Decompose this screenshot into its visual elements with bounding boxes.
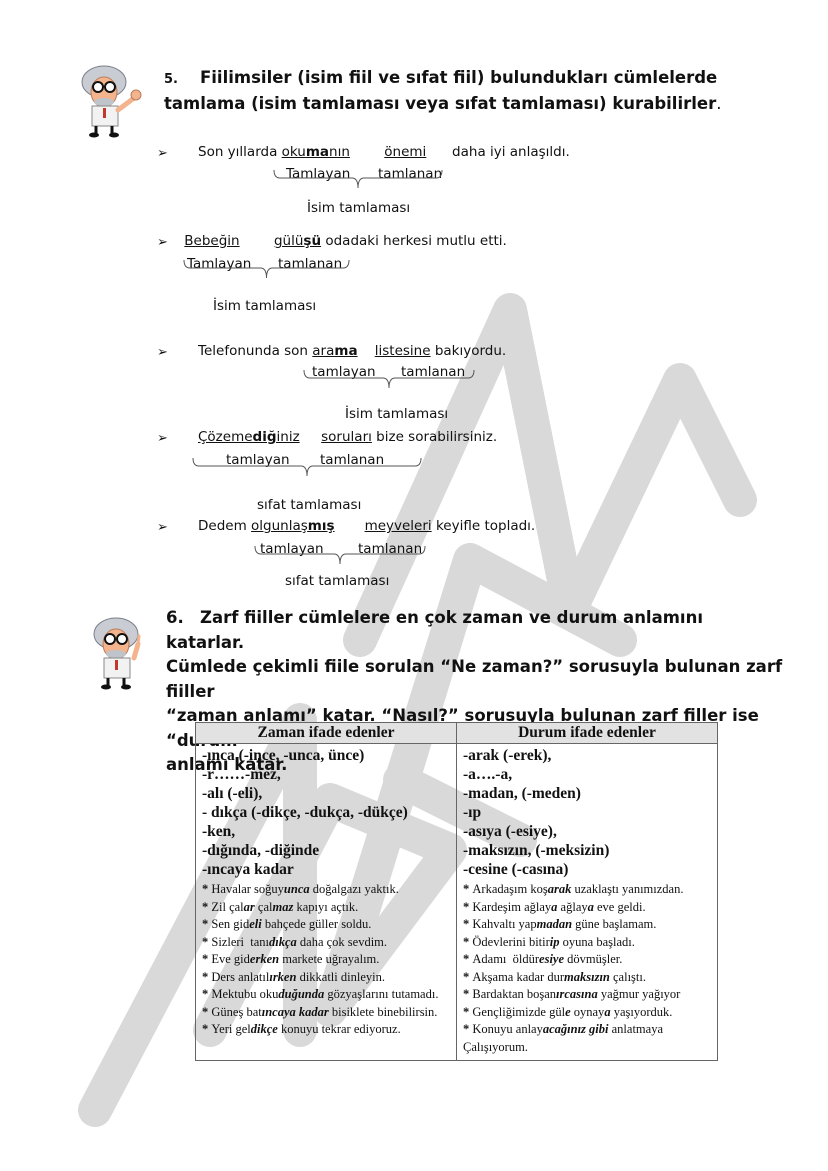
section-6-number: 6.	[166, 606, 200, 631]
suffix-item: - dıkça (-dikçe, -dukça, -dükçe)	[202, 803, 450, 822]
example-sentence: Çözemediğiniz soruları bize sorabilirsin…	[198, 429, 497, 445]
bullet-arrow-icon: ➢	[157, 234, 168, 250]
suffix-item: -asıya (-esiye),	[463, 822, 711, 841]
suffix-item: -ıncaya kadar	[202, 860, 450, 879]
example-item: * Konuyu anlayacağınız gibi anlatmaya Ça…	[463, 1021, 711, 1056]
example-sentence: Bebeğin gülüşü odadaki herkesi mutlu ett…	[180, 233, 507, 249]
example-item: * Güneş batıncaya kadar bisiklete binebi…	[202, 1004, 450, 1022]
example-item: * Sizleri tanıdıkça daha çok sevdim.	[202, 934, 450, 952]
header-zaman: Zaman ifade edenler	[196, 723, 457, 744]
suffix-item: -cesine (-casına)	[463, 860, 711, 879]
example-item: * Kahvaltı yapmadan güne başlamam.	[463, 916, 711, 934]
bullet-arrow-icon: ➢	[157, 430, 168, 446]
brace-icon	[191, 456, 423, 478]
bullet-arrow-icon: ➢	[157, 344, 168, 360]
example-sentence: Son yıllarda okumanın önemi daha iyi anl…	[198, 144, 570, 160]
zaman-column: -ınca (-ince, -unca, ünce)-r……-mez,-alı …	[196, 744, 457, 1061]
durum-column: -arak (-erek),-a….-a,-madan, (-meden)-ıp…	[457, 744, 718, 1061]
example-item: * Kardeşim ağlaya ağlaya eve geldi.	[463, 899, 711, 917]
example-item: * Ödevlerini bitirip oyuna başladı.	[463, 934, 711, 952]
example-item: * Akşama kadar durmaksızın çalıştı.	[463, 969, 711, 987]
bullet-arrow-icon: ➢	[157, 519, 168, 535]
brace-icon	[272, 168, 444, 190]
example-item: * Sen gideli bahçede güller soldu.	[202, 916, 450, 934]
example-sentence: Telefonunda son arama listesine bakıyord…	[198, 343, 506, 359]
suffix-item: -arak (-erek),	[463, 746, 711, 765]
section-5-heading: 5.Fiilimsiler (isim fiil ve sıfat fiil) …	[164, 66, 774, 116]
suffix-item: -madan, (-meden)	[463, 784, 711, 803]
suffix-item: -alı (-eli),	[202, 784, 450, 803]
tamlama-type-label: İsim tamlaması	[345, 406, 448, 422]
suffix-item: -dığında, -diğinde	[202, 841, 450, 860]
section-5-number: 5.	[164, 68, 200, 92]
brace-icon	[253, 544, 427, 566]
example-item: * Eve giderken markete uğrayalım.	[202, 951, 450, 969]
example-item: * Gençliğimizde güle oynaya yaşıyorduk.	[463, 1004, 711, 1022]
suffix-item: -a….-a,	[463, 765, 711, 784]
suffix-item: -ınca (-ince, -unca, ünce)	[202, 746, 450, 765]
suffix-item: -ken,	[202, 822, 450, 841]
example-item: * Adamı öldüresiye dövmüşler.	[463, 951, 711, 969]
header-durum: Durum ifade edenler	[457, 723, 718, 744]
tamlama-type-label: sıfat tamlaması	[257, 497, 361, 513]
professor-pointing-icon	[86, 610, 166, 695]
example-sentence: Dedem olgunlaşmış meyveleri keyifle topl…	[198, 518, 535, 534]
example-item: * Bardaktan boşanırcasına yağmur yağıyor	[463, 986, 711, 1004]
suffix-item: -r……-mez,	[202, 765, 450, 784]
example-item: * Havalar soğuyunca doğalgazı yaktık.	[202, 881, 450, 899]
bullet-arrow-icon: ➢	[157, 145, 168, 161]
brace-icon	[182, 258, 351, 280]
suffix-item: -maksızın, (-meksizin)	[463, 841, 711, 860]
section-5-title: Fiilimsiler (isim fiil ve sıfat fiil) bu…	[164, 68, 717, 113]
professor-waving-icon	[74, 58, 154, 143]
brace-icon	[302, 368, 476, 390]
example-item: * Zil çalar çalmaz kapıyı açtık.	[202, 899, 450, 917]
tamlama-type-label: İsim tamlaması	[213, 298, 316, 314]
tamlama-type-label: sıfat tamlaması	[285, 573, 389, 589]
suffix-table: Zaman ifade edenler Durum ifade edenler …	[195, 722, 718, 1061]
tamlama-type-label: İsim tamlaması	[307, 200, 410, 216]
example-item: * Yeri geldikçe konuyu tekrar ediyoruz.	[202, 1021, 450, 1039]
example-item: * Ders anlatılırken dikkatli dinleyin.	[202, 969, 450, 987]
suffix-item: -ıp	[463, 803, 711, 822]
example-item: * Mektubu okuduğunda gözyaşlarını tutama…	[202, 986, 450, 1004]
example-item: * Arkadaşım koşarak uzaklaştı yanımızdan…	[463, 881, 711, 899]
